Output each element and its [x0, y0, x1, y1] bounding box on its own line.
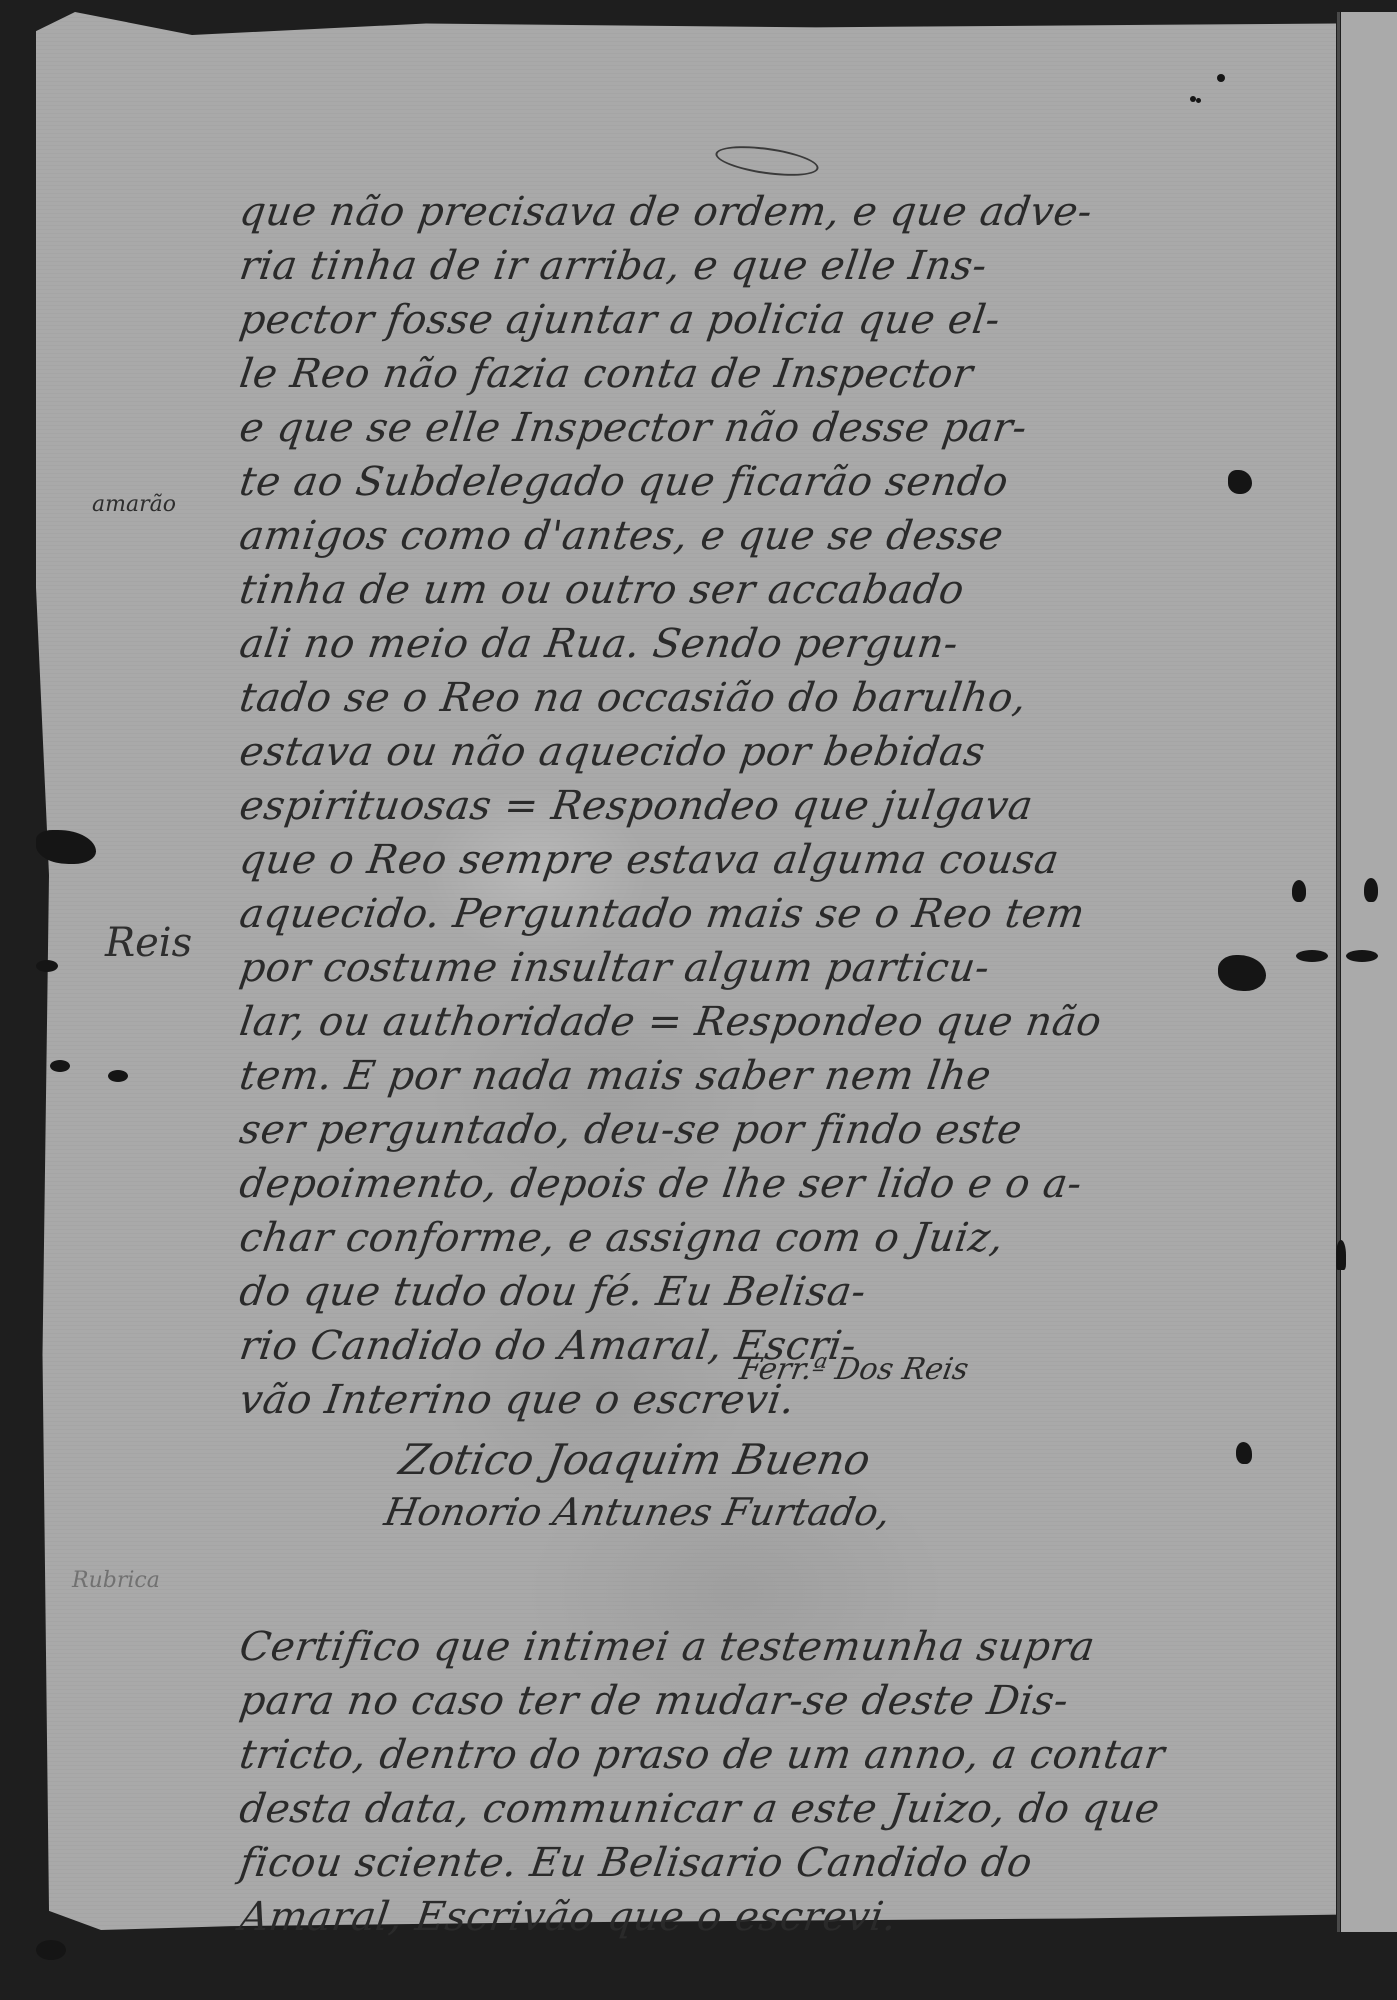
ink-blot [1236, 1442, 1252, 1464]
text-line: Amaral, Escrivão que o escrevi. [236, 1890, 1104, 1944]
ink-blot [1364, 878, 1378, 902]
scan-background: que não precisava de ordem, e que adve- … [0, 0, 1397, 2000]
ink-blot [1336, 1240, 1346, 1270]
text-line: tado se o Reo na occasião do barulho, [236, 671, 1104, 725]
edge-damage [50, 1060, 70, 1072]
edge-damage [108, 1070, 128, 1082]
margin-note-faded: Rubrica [72, 1568, 160, 1593]
ink-dot [1196, 98, 1201, 103]
text-line: do que tudo dou fé. Eu Belisa- [236, 1265, 1104, 1319]
text-line: depoimento, depois de lhe ser lido e o a… [236, 1157, 1104, 1211]
text-line: que o Reo sempre estava alguma cousa [236, 833, 1104, 887]
page-fold-line [1337, 12, 1340, 1932]
ink-blot [1346, 950, 1378, 962]
text-line: e que se elle Inspector não desse par- [236, 401, 1104, 455]
text-line: tinha de um ou outro ser accabado [236, 563, 1104, 617]
margin-note-reis: Reis [105, 920, 192, 966]
text-line: amigos como d'antes, e que se desse [236, 509, 1104, 563]
deposition-text: que não precisava de ordem, e que adve- … [240, 185, 1100, 1427]
text-line: ali no meio da Rua. Sendo pergun- [236, 617, 1104, 671]
text-line: para no caso ter de mudar-se deste Dis- [236, 1674, 1104, 1728]
certificate-text: Certifico que intimei a testemunha supra… [240, 1620, 1100, 1944]
margin-note-amarao: amarão [92, 492, 176, 517]
text-line: desta data, communicar a este Juizo, do … [236, 1782, 1104, 1836]
signature-judge: Honorio Antunes Furtado, [381, 1490, 894, 1534]
text-line: vão Interino que o escrevi. [236, 1373, 1104, 1427]
text-line: espirituosas = Respondeo que julgava [236, 779, 1104, 833]
text-line: pector fosse ajuntar a policia que el- [236, 293, 1104, 347]
ink-blot [1228, 470, 1252, 494]
text-line: tricto, dentro do praso de um anno, a co… [236, 1728, 1104, 1782]
adjacent-page-edge [1341, 12, 1397, 1932]
text-line: ria tinha de ir arriba, e que elle Ins- [236, 239, 1104, 293]
ink-blot [1296, 950, 1328, 962]
text-line: ficou sciente. Eu Belisario Candido do [236, 1836, 1104, 1890]
edge-damage [36, 960, 58, 972]
signature-witness: Zotico Joaquim Bueno [396, 1435, 874, 1484]
text-line: rio Candido do Amaral, Escri- [236, 1319, 1104, 1373]
text-line: ser perguntado, deu-se por findo este [236, 1103, 1104, 1157]
text-line: char conforme, e assigna com o Juiz, [236, 1211, 1104, 1265]
text-line: Certifico que intimei a testemunha supra [236, 1620, 1104, 1674]
edge-damage [36, 1940, 66, 1960]
text-line: le Reo não fazia conta de Inspector [236, 347, 1104, 401]
text-line: estava ou não aquecido por bebidas [236, 725, 1104, 779]
ink-blot [1292, 880, 1306, 902]
text-line: te ao Subdelegado que ficarão sendo [236, 455, 1104, 509]
text-line: por costume insultar algum particu- [236, 941, 1104, 995]
text-line: tem. E por nada mais saber nem lhe [236, 1049, 1104, 1103]
text-line: que não precisava de ordem, e que adve- [236, 185, 1104, 239]
text-line: aquecido. Perguntado mais se o Reo tem [236, 887, 1104, 941]
text-line: lar, ou authoridade = Respondeo que não [236, 995, 1104, 1049]
ink-dot [1217, 74, 1225, 82]
rubric: Ferr.ª Dos Reis [737, 1352, 971, 1387]
